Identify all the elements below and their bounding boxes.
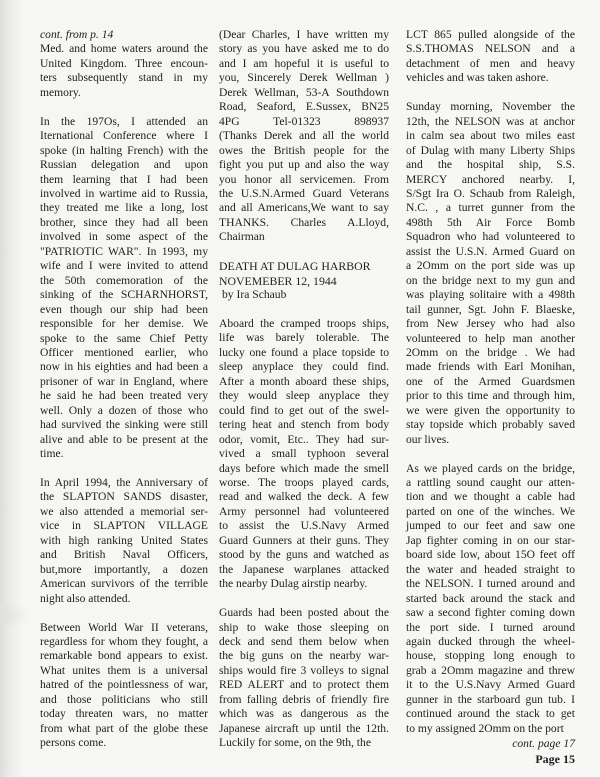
text-line: but,more importantly, a dozen <box>40 563 208 577</box>
text-line: today threaten wars, no matter <box>40 707 208 721</box>
text-line: again ducked through the wheel- <box>406 635 575 649</box>
text-line: Japanese aircraft up until the 12th. <box>219 722 389 736</box>
text-line: Chairman <box>219 230 389 244</box>
text-line: Aboard the cramped troops ships, <box>219 317 389 331</box>
text-line: from what part of the globe these <box>40 722 208 736</box>
continued-from-label: cont. from p. 14 <box>40 28 208 42</box>
text-line: you honor all servicemen. From <box>219 173 389 187</box>
text-line: the port side. I turned around <box>406 621 575 635</box>
text-line: 2Omm on the bridge . We had <box>406 346 575 360</box>
text-line: the Japanese warplanes attacked <box>219 563 389 577</box>
text-line: they treated me like a long, lost <box>40 201 208 215</box>
text-line: which was as dangerous as the <box>219 707 389 721</box>
text-line: vived a small typhoon several <box>219 447 389 461</box>
text-line: and I am hopeful it is useful to <box>219 57 389 71</box>
text-line: stood by the guns and watched as <box>219 548 389 562</box>
text-line: time. <box>40 447 208 461</box>
text-line: the NELSON. I turned around and <box>406 577 575 591</box>
text-line: As we played cards on the bridge, <box>406 462 575 476</box>
text-line: well. Only a dozen of those who <box>40 404 208 418</box>
text-line: owes the British people for the <box>219 144 389 158</box>
paragraph: Guards had been posted about theship to … <box>219 606 389 751</box>
column-1: cont. from p. 14 Med. and home waters ar… <box>40 28 208 765</box>
text-line: tail gunner, Sgt. John F. Blaeske, <box>406 303 575 317</box>
headline-line-1: DEATH AT DULAG HARBOR <box>219 259 389 273</box>
text-line: tion and we thought a cable had <box>406 490 575 504</box>
text-line: spoke (in halting French) with the <box>40 144 208 158</box>
text-line: made friends with Earl Monihan, <box>406 360 575 374</box>
text-line: to my assigned 2Omm on the port <box>406 722 575 736</box>
text-line: RED ALERT and to protect them <box>219 678 389 692</box>
text-line: prisoner of war in England, where <box>40 375 208 389</box>
text-line: Sunday morning, November the <box>406 100 575 114</box>
text-line: Med. and home waters around the <box>40 42 208 56</box>
text-line: hatred of the pointlessness of war, <box>40 678 208 692</box>
text-line: memory. <box>40 86 208 100</box>
text-line: one of the Armed Guardsmen <box>406 375 575 389</box>
text-line: you, Sincerely Derek Wellman ) <box>219 71 389 85</box>
text-line: the nearby Dulag airstip nearby. <box>219 577 389 591</box>
paragraph: Med. and home waters around theUnited Ki… <box>40 42 208 100</box>
text-line: In the 197Os, I attended an <box>40 115 208 129</box>
text-line: of Dulag with many Liberty Ships <box>406 144 575 158</box>
text-line: with high ranking United States <box>40 534 208 548</box>
text-line: it to the U.S.Navy Armed Guard <box>406 678 575 692</box>
page-fold-shadow <box>0 600 30 630</box>
text-line: Iternational Conference where I <box>40 129 208 143</box>
text-line: even though our ship had been <box>40 303 208 317</box>
headline-line-2: NOVEMEBER 12, 1944 <box>219 274 389 288</box>
text-line: on the bridge next to my gun and <box>406 274 575 288</box>
text-line: the 50th comemoration of the <box>40 274 208 288</box>
text-line: vice in SLAPTON VILLAGE <box>40 519 208 533</box>
text-line: days before which made the smell <box>219 462 389 476</box>
continued-to-label: cont. page 17 <box>406 737 575 751</box>
column-3: LCT 865 pulled alongside of theS.S.THOMA… <box>406 28 575 766</box>
text-line: board side low, about 15O feet off <box>406 548 575 562</box>
text-line: Russian delegation and upon <box>40 158 208 172</box>
text-line: detachment of men and heavy <box>406 57 575 71</box>
text-line: had survived the sinking were still <box>40 418 208 432</box>
text-line: could find to get out of the swel- <box>219 404 389 418</box>
text-line: read and walked the deck. A few <box>219 490 389 504</box>
text-line: to assist the U.S.Navy Armed <box>219 519 389 533</box>
text-line: odor, vomit, Etc.. They had sur- <box>219 433 389 447</box>
text-line: the water and headed straight to <box>406 563 575 577</box>
paragraph: In the 197Os, I attended anIternational … <box>40 115 208 462</box>
text-line: in calm sea about two miles east <box>406 129 575 143</box>
text-line: Luckily for some, on the 9th, the <box>219 736 389 750</box>
text-line: prior to this time and through him, <box>406 389 575 403</box>
text-line: a rattling sound caught our atten- <box>406 476 575 490</box>
text-line: our lives. <box>406 433 575 447</box>
paragraph: Sunday morning, November the12th, the NE… <box>406 100 575 447</box>
column-2: (Dear Charles, I have written mystory as… <box>219 28 389 765</box>
text-line: we were given the opportunity to <box>406 404 575 418</box>
text-line: they would sleep anyplace they <box>219 389 389 403</box>
text-line: (Thanks Derek and all the world <box>219 129 389 143</box>
text-line: from falling debris of friendly fire <box>219 693 389 707</box>
text-line: "PATRIOTIC WAR". In 1993, my <box>40 245 208 259</box>
text-line: gunner in the starboard gun tub. I <box>406 693 575 707</box>
text-line: sleep anyplace they could find. <box>219 360 389 374</box>
text-line: THANKS. Charles A.Lloyd, <box>219 216 389 230</box>
text-line: Squadron who had volunteered to <box>406 230 575 244</box>
text-line: the big guns on the nearby war- <box>219 649 389 663</box>
text-line: vehicles and was taken ashore. <box>406 71 575 85</box>
text-line: life was barely tolerable. The <box>219 331 389 345</box>
article-headline: DEATH AT DULAG HARBOR NOVEMEBER 12, 1944 <box>219 259 389 288</box>
article-byline: by Ira Schaub <box>219 288 389 302</box>
text-line: alive and able to be present at the <box>40 433 208 447</box>
text-line: deck and send them below when <box>219 635 389 649</box>
text-line: United Kingdom. Three encoun- <box>40 57 208 71</box>
text-line: a 2Omm on the port side was up <box>406 259 575 273</box>
text-line: them learning that I had been <box>40 173 208 187</box>
text-line: After a month aboard these ships, <box>219 375 389 389</box>
text-line: 4PG Tel-01323 898937 <box>219 115 389 129</box>
text-line: grab a 2Omm magazine and threw <box>406 664 575 678</box>
text-line: worse. The troops played cards, <box>219 476 389 490</box>
text-line: persons come. <box>40 736 208 750</box>
text-line: Guards had been posted about the <box>219 606 389 620</box>
text-line: started back around the stack and <box>406 592 575 606</box>
text-line: from New Jersey who had also <box>406 317 575 331</box>
text-line: In April 1994, the Anniversary of <box>40 476 208 490</box>
text-line: What unites them is a universal <box>40 664 208 678</box>
text-line: and British Naval Officers, <box>40 548 208 562</box>
text-line: assist the U.S.N. Armed Guard on <box>406 245 575 259</box>
text-line: he said he had been treated very <box>40 389 208 403</box>
text-line: responsible for her demise. We <box>40 317 208 331</box>
text-line: parted on one of the winches. We <box>406 505 575 519</box>
text-line: fight you put up and also the way <box>219 158 389 172</box>
text-line: Army personnel had volunteered <box>219 505 389 519</box>
text-line: we also attended a memorial ser- <box>40 505 208 519</box>
text-line: S/Sgt Ira O. Schaub from Raleigh, <box>406 187 575 201</box>
text-line: involved in wartime aid to Russia, <box>40 187 208 201</box>
text-line: LCT 865 pulled alongside of the <box>406 28 575 42</box>
text-line: jumped to our feet and saw one <box>406 519 575 533</box>
text-line: regardless for whom they fought, a <box>40 635 208 649</box>
text-line: and the hospital ship, S.S. <box>406 158 575 172</box>
text-line: 12th, the NELSON was at anchor <box>406 115 575 129</box>
text-line: the U.S.N.Armed Guard Veterans <box>219 187 389 201</box>
text-line: Jap fighter coming in on our star- <box>406 534 575 548</box>
letter-paragraph: (Dear Charles, I have written mystory as… <box>219 28 389 245</box>
text-line: now in his eighties and had been a <box>40 360 208 374</box>
text-line: involved in some aspect of the <box>40 230 208 244</box>
text-line: Between World War II veterans, <box>40 621 208 635</box>
newsletter-page: cont. from p. 14 Med. and home waters ar… <box>0 0 600 777</box>
paragraph: Aboard the cramped troops ships,life was… <box>219 317 389 592</box>
text-line: Road, Seaford, E.Sussex, BN25 <box>219 100 389 114</box>
text-line: saw a second fighter coming down <box>406 606 575 620</box>
text-line: house, stopping long enough to <box>406 649 575 663</box>
text-line: Guard Gunners at their guns. They <box>219 534 389 548</box>
text-line: MERCY anchored nearby. I, <box>406 173 575 187</box>
paragraph: In April 1994, the Anniversary ofthe SLA… <box>40 476 208 606</box>
text-line: remarkable bond appears to exist. <box>40 649 208 663</box>
text-line: Officer mentioned earlier, who <box>40 346 208 360</box>
text-line: story as you have asked me to do <box>219 42 389 56</box>
text-line: American survivors of the terrible <box>40 577 208 591</box>
text-line: night also attended. <box>40 592 208 606</box>
paragraph: LCT 865 pulled alongside of theS.S.THOMA… <box>406 28 575 86</box>
text-line: the SLAPTON SANDS disaster, <box>40 490 208 504</box>
text-line: sinking of the SCHARNHORST, <box>40 288 208 302</box>
text-line: Derek Wellman, 53-A Southdown <box>219 86 389 100</box>
text-line: (Dear Charles, I have written my <box>219 28 389 42</box>
text-line: and those politicians who still <box>40 693 208 707</box>
text-line: 498th 5th Air Force Bomb <box>406 216 575 230</box>
text-line: spoke to the same Chief Petty <box>40 332 208 346</box>
text-line: ters subsequently stand in my <box>40 71 208 85</box>
text-line: ships would fire 3 volleys to signal <box>219 664 389 678</box>
text-line: stay topside which probably saved <box>406 418 575 432</box>
text-line: and all Americans,We want to say <box>219 201 389 215</box>
text-line: N.C. , a turret gunner from the <box>406 201 575 215</box>
text-line: brother, since they had all been <box>40 216 208 230</box>
text-line: continued around the stack to get <box>406 707 575 721</box>
text-line: wife and I were invited to attend <box>40 259 208 273</box>
paragraph: As we played cards on the bridge,a rattl… <box>406 462 575 737</box>
paragraph: Between World War II veterans,regardless… <box>40 621 208 751</box>
text-line: lucky one found a place topside to <box>219 346 389 360</box>
text-line: S.S.THOMAS NELSON and a <box>406 42 575 56</box>
text-line: volunteered to help man another <box>406 332 575 346</box>
page-number: Page 15 <box>406 752 575 766</box>
text-line: was playing solitaire with a 498th <box>406 288 575 302</box>
text-line: ship to wake those sleeping on <box>219 621 389 635</box>
text-line: tering heat and stench from body <box>219 418 389 432</box>
